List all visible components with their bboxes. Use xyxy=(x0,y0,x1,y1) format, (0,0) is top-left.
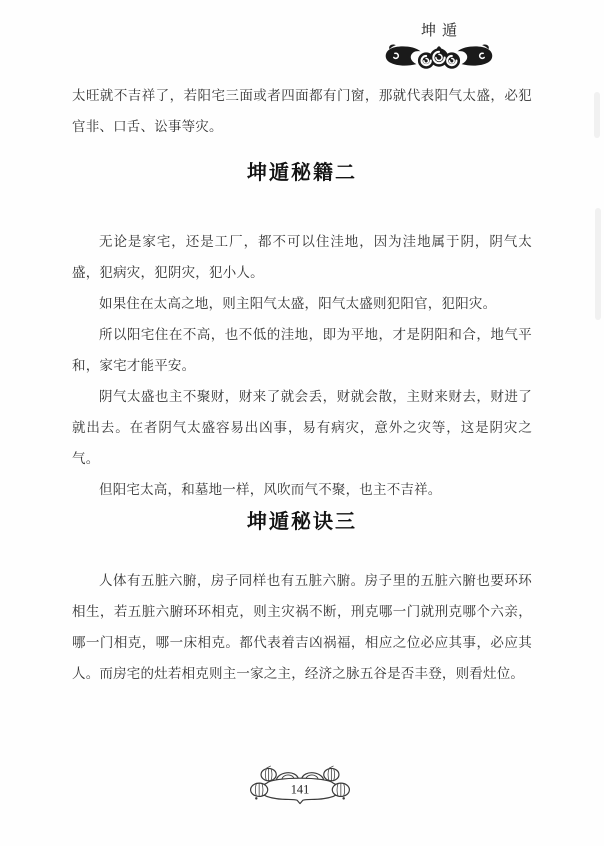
paragraph: 所以阳宅住在不高，也不低的洼地，即为平地，才是阴阳和合，地气平和，家宅才能平安。 xyxy=(72,319,532,381)
paragraph: 人体有五脏六腑，房子同样也有五脏六腑。房子里的五脏六腑也要环环相生，若五脏六腑环… xyxy=(72,565,532,689)
scan-artifact xyxy=(595,208,601,320)
paragraph-continuation: 太旺就不吉祥了，若阳宅三面或者四面都有门窗，那就代表阳气太盛，必犯官非、口舌、讼… xyxy=(72,80,532,142)
page-number: 141 xyxy=(291,783,310,797)
book-page: 坤遁 xyxy=(0,0,604,846)
section-heading-2: 坤遁秘诀三 xyxy=(72,507,532,537)
paragraph: 但阳宅太高，和墓地一样，风吹而气不聚，也主不吉祥。 xyxy=(72,474,532,505)
section-heading-1: 坤遁秘籍二 xyxy=(72,158,532,188)
paragraph: 阴气太盛也主不聚财，财来了就会丢，财就会散，主财来财去，财进了就出去。在者阴气太… xyxy=(72,381,532,474)
lantern-cartouche-ornament-icon: 141 xyxy=(243,762,357,810)
paragraph: 无论是家宅，还是工厂，都不可以住洼地，因为洼地属于阴，阴气太盛，犯病灾，犯阴灾，… xyxy=(72,226,532,288)
footer-ornament: 141 xyxy=(243,762,357,810)
paragraph: 如果住在太高之地，则主阳气太盛，阳气太盛则犯阳官，犯阳灾。 xyxy=(72,288,532,319)
text-block: 太旺就不吉祥了，若阳宅三面或者四面都有门窗，那就代表阳气太盛，必犯官非、口舌、讼… xyxy=(72,0,532,689)
scan-artifact xyxy=(594,92,600,138)
